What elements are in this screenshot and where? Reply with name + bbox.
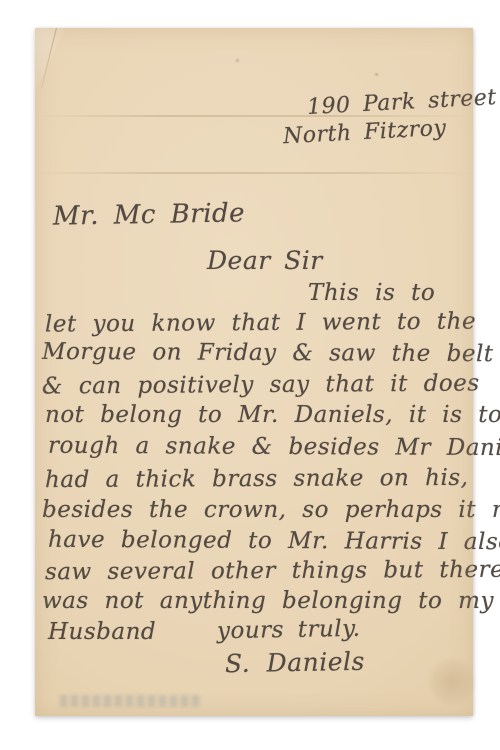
letter-body-line: This is to	[308, 280, 435, 306]
paper-speck	[236, 59, 239, 62]
letter-body-line: was not anything belonging to my	[42, 588, 494, 614]
letter-body-line: & can positively say that it does	[42, 370, 480, 399]
horizontal-crease-lower	[35, 172, 473, 174]
faint-stamp-mark	[60, 695, 202, 707]
letter-paper: 190 Park street North Fitzroy Mr. Mc Bri…	[35, 28, 473, 716]
letter-body-line: have belonged to Mr. Harris I also	[48, 527, 500, 555]
letter-body-line: besides the crown, so perhaps it may	[42, 497, 500, 523]
horizontal-crease-upper	[35, 115, 473, 117]
address-line-2: North Fitzroy	[282, 116, 447, 150]
letter-body-line: rough a snake & besides Mr Daniels	[48, 433, 500, 462]
salutation-line: Dear Sir	[207, 246, 323, 275]
letter-body-line: Morgue on Friday & saw the belt	[42, 339, 494, 367]
recipient-line: Mr. Mc Bride	[53, 198, 246, 231]
letter-body-line: let you know that I went to the	[45, 308, 476, 337]
paper-speck	[375, 73, 378, 76]
closing-line: yours truly.	[217, 616, 361, 644]
stain-mark	[428, 658, 476, 706]
signature-line: S. Daniels	[225, 647, 365, 678]
fold-crease-topleft	[35, 28, 65, 92]
letter-body-line: not belong to Mr. Daniels, it is too	[45, 402, 500, 428]
letter-body-line: Husband	[48, 619, 156, 645]
letter-body-line: had a thick brass snake on his,	[45, 465, 469, 493]
letter-body-line: saw several other things but there	[45, 557, 500, 585]
